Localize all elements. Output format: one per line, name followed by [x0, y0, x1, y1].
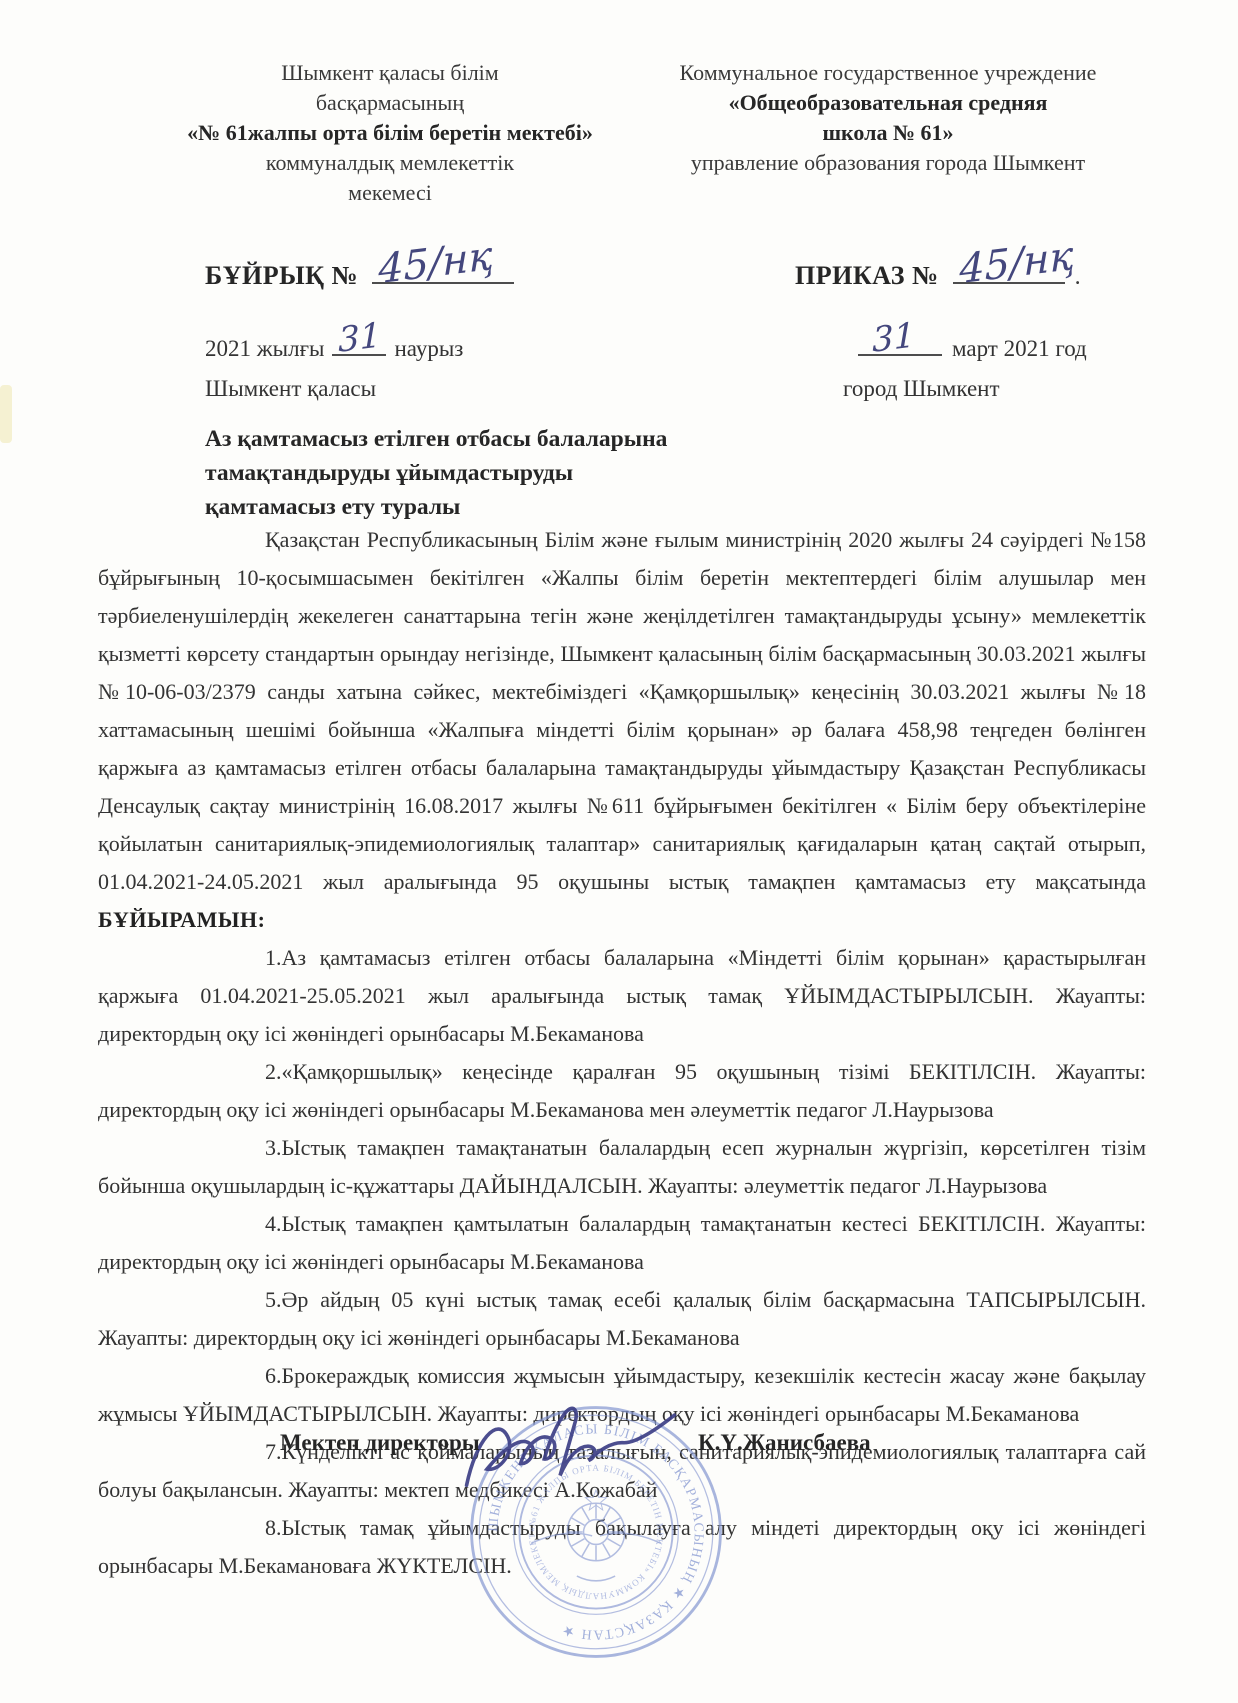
- handwritten-order-number-ru: 45/нқ: [959, 233, 1074, 293]
- order-label-ru: ПРИКАЗ №: [795, 261, 939, 290]
- school-name-ru: «Общеобразовательная средняя: [628, 88, 1148, 118]
- order-item-2: 2.«Қамқоршылық» кеңесінде қаралған 95 оқ…: [98, 1053, 1146, 1129]
- handwritten-day-ru: 31: [872, 315, 916, 360]
- date-russian: 31март 2021 год: [858, 328, 1087, 362]
- place-russian: город Шымкент: [843, 376, 1000, 402]
- order-item-1: 1.Аз қамтамасыз етілген отбасы балаларын…: [98, 939, 1146, 1053]
- letterhead-kazakh: Шымкент қаласы білім басқармасының «№ 61…: [130, 58, 650, 208]
- date-day-blank-kk: 31: [332, 328, 386, 356]
- date-day-blank-ru: 31: [858, 328, 942, 356]
- order-number-blank-ru: 45/нқ: [953, 252, 1065, 284]
- subject-line: Аз қамтамасыз етілген отбасы балаларына: [205, 422, 805, 456]
- date-month-kk: наурыз: [394, 336, 463, 361]
- handwritten-order-number-kk: 45/нқ: [378, 233, 493, 293]
- date-rest-ru: март 2021 год: [952, 336, 1087, 361]
- order-item-4: 4.Ыстық тамақпен қамтылатын балалардың т…: [98, 1205, 1146, 1281]
- preamble-text: Қазақстан Республикасының Білім және ғыл…: [98, 527, 1146, 894]
- place-kazakh: Шымкент қаласы: [205, 376, 376, 402]
- letterhead-line: басқармасының: [130, 88, 650, 118]
- preamble-paragraph: Қазақстан Республикасының Білім және ғыл…: [98, 521, 1146, 939]
- signatory-name: К.Ү.Жанисбаева: [698, 1430, 871, 1456]
- handwritten-day-kk: 31: [338, 315, 382, 360]
- letterhead-line: Коммунальное государственное учреждение: [628, 58, 1148, 88]
- scanned-order-document: Шымкент қаласы білім басқармасының «№ 61…: [0, 0, 1238, 1703]
- letterhead-line: Шымкент қаласы білім: [130, 58, 650, 88]
- letterhead-russian: Коммунальное государственное учреждение …: [628, 58, 1148, 178]
- subject-line: тамақтандыруды ұйымдастыруды: [205, 456, 805, 490]
- subject-line: қамтамасыз ету туралы: [205, 490, 805, 524]
- school-name-ru: школа № 61»: [628, 118, 1148, 148]
- scan-smudge-artifact: [0, 385, 12, 443]
- resolution-word: БҰЙЫРАМЫН:: [98, 907, 265, 932]
- order-item-5: 5.Әр айдың 05 күні ыстық тамақ есебі қал…: [98, 1281, 1146, 1357]
- signatory-role: Мектеп директоры: [280, 1430, 480, 1456]
- letterhead-line: мекемесі: [130, 178, 650, 208]
- order-number-kazakh: БҰЙРЫҚ №45/нқ: [205, 252, 514, 291]
- order-item-3: 3.Ыстық тамақпен тамақтанатын балалардың…: [98, 1129, 1146, 1205]
- director-signature: [450, 1376, 696, 1515]
- letterhead-line: коммуналдық мемлекеттік: [130, 148, 650, 178]
- order-number-russian: ПРИКАЗ №45/нқ.: [795, 252, 1081, 291]
- order-subject: Аз қамтамасыз етілген отбасы балаларына …: [205, 422, 805, 524]
- school-name-kk: «№ 61жалпы орта білім беретін мектебі»: [130, 118, 650, 148]
- date-kazakh: 2021 жылғы31наурыз: [205, 328, 463, 362]
- period-mark: .: [1075, 264, 1081, 290]
- order-label-kk: БҰЙРЫҚ №: [205, 261, 358, 290]
- letterhead-line: управление образования города Шымкент: [628, 148, 1148, 178]
- date-prefix-kk: 2021 жылғы: [205, 336, 324, 361]
- order-number-blank-kk: 45/нқ: [372, 252, 514, 284]
